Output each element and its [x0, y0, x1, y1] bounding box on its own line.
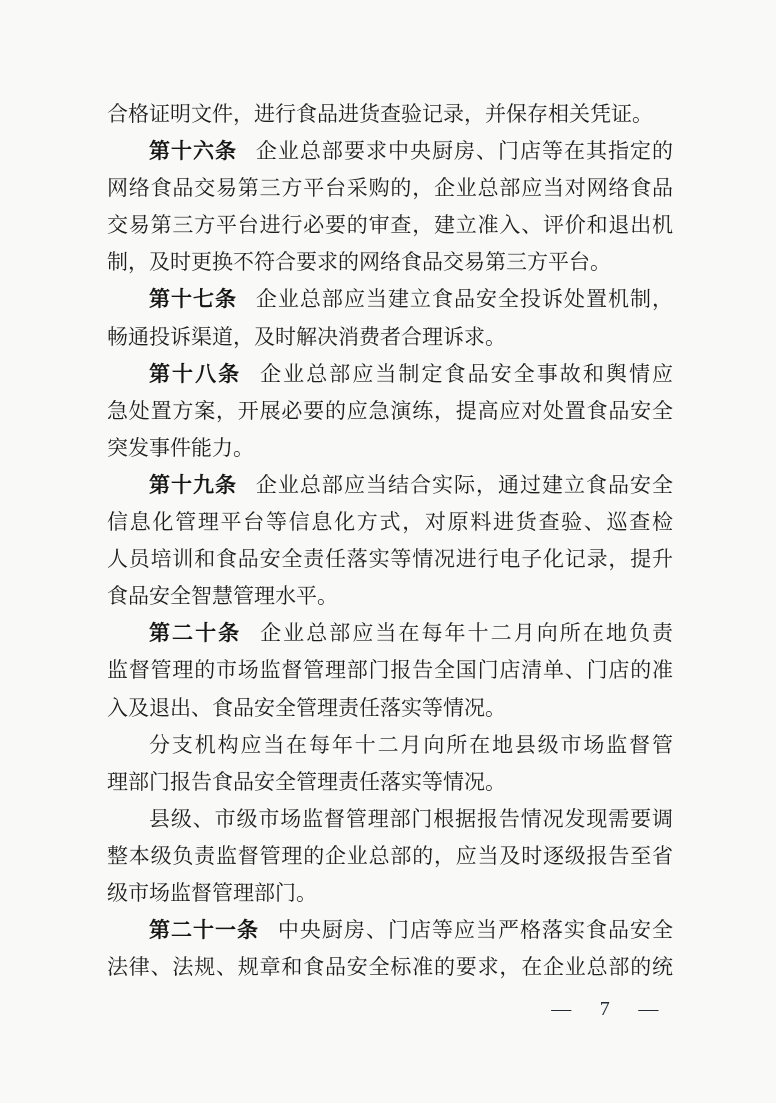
text-line: 突发事件能力。: [107, 430, 673, 467]
article-number: 第二十一条: [149, 918, 259, 942]
article-number: 第十九条: [149, 473, 237, 497]
text-line: 食品安全智慧管理水平。: [107, 578, 673, 615]
line-text: 县级、市级市场监督管理部门根据报告情况发现需要调: [149, 807, 673, 831]
line-text: 信息化管理平台等信息化方式，对原料进货查验、巡查检查、: [107, 510, 673, 541]
line-text: 企业总部应当建立食品安全投诉处置机制，: [256, 287, 673, 311]
line-text: 合格证明文件，进行食品进货查验记录，并保存相关凭证。: [107, 102, 653, 126]
line-text: 网络食品交易第三方平台采购的，企业总部应当对网络食品: [107, 176, 673, 200]
line-text: 级市场监督管理部门。: [107, 881, 317, 905]
document-body: 合格证明文件，进行食品进货查验记录，并保存相关凭证。 第十六条企业总部要求中央厨…: [107, 96, 673, 986]
text-line: 制，及时更换不符合要求的网络食品交易第三方平台。: [107, 244, 673, 281]
text-line: 人员培训和食品安全责任落实等情况进行电子化记录，提升: [107, 541, 673, 578]
text-line: 第十九条企业总部应当结合实际，通过建立食品安全: [107, 467, 673, 504]
line-text: 企业总部应当结合实际，通过建立食品安全: [256, 473, 673, 497]
text-line: 合格证明文件，进行食品进货查验记录，并保存相关凭证。: [107, 96, 673, 133]
text-line: 第二十条企业总部应当在每年十二月向所在地负责: [107, 615, 673, 652]
text-line: 法律、法规、规章和食品安全标准的要求，在企业总部的统: [107, 949, 673, 986]
text-line: 理部门报告食品安全管理责任落实等情况。: [107, 764, 673, 801]
line-text: 法律、法规、规章和食品安全标准的要求，在企业总部的统: [107, 955, 673, 979]
article-number: 第二十条: [149, 621, 241, 645]
line-text: 人员培训和食品安全责任落实等情况进行电子化记录，提升: [107, 547, 673, 571]
article-number: 第十七条: [149, 287, 237, 311]
line-text: 分支机构应当在每年十二月向所在地县级市场监督管: [149, 733, 673, 757]
text-line: 整本级负责监督管理的企业总部的，应当及时逐级报告至省: [107, 838, 673, 875]
line-text: 入及退出、食品安全管理责任落实等情况。: [107, 696, 506, 720]
line-text: 整本级负责监督管理的企业总部的，应当及时逐级报告至省: [107, 844, 673, 868]
text-line: 交易第三方平台进行必要的审查，建立准入、评价和退出机: [107, 207, 673, 244]
text-line: 第二十一条中央厨房、门店等应当严格落实食品安全: [107, 912, 673, 949]
line-text: 理部门报告食品安全管理责任落实等情况。: [107, 770, 506, 794]
line-text: 突发事件能力。: [107, 436, 254, 460]
line-text: 急处置方案，开展必要的应急演练，提高应对处置食品安全: [107, 399, 673, 423]
text-line: 入及退出、食品安全管理责任落实等情况。: [107, 690, 673, 727]
text-line: 网络食品交易第三方平台采购的，企业总部应当对网络食品: [107, 170, 673, 207]
text-line: 急处置方案，开展必要的应急演练，提高应对处置食品安全: [107, 393, 673, 430]
line-text: 监督管理的市场监督管理部门报告全国门店清单、门店的准: [107, 658, 673, 682]
line-text: 企业总部要求中央厨房、门店等在其指定的: [256, 139, 673, 163]
line-text: 畅通投诉渠道，及时解决消费者合理诉求。: [107, 325, 506, 349]
line-text: 企业总部应当在每年十二月向所在地负责: [260, 621, 673, 645]
text-line: 第十七条企业总部应当建立食品安全投诉处置机制，: [107, 281, 673, 318]
text-line: 县级、市级市场监督管理部门根据报告情况发现需要调: [107, 801, 673, 838]
text-line: 第十八条企业总部应当制定食品安全事故和舆情应: [107, 356, 673, 393]
text-line: 第十六条企业总部要求中央厨房、门店等在其指定的: [107, 133, 673, 170]
text-line: 级市场监督管理部门。: [107, 875, 673, 912]
line-text: 企业总部应当制定食品安全事故和舆情应: [260, 362, 673, 386]
line-text: 制，及时更换不符合要求的网络食品交易第三方平台。: [107, 250, 611, 274]
text-line: 分支机构应当在每年十二月向所在地县级市场监督管: [107, 727, 673, 764]
text-line: 畅通投诉渠道，及时解决消费者合理诉求。: [107, 319, 673, 356]
article-number: 第十八条: [149, 362, 241, 386]
line-text: 中央厨房、门店等应当严格落实食品安全: [278, 918, 673, 942]
line-text: 交易第三方平台进行必要的审查，建立准入、评价和退出机: [107, 213, 673, 237]
text-line: 监督管理的市场监督管理部门报告全国门店清单、门店的准: [107, 652, 673, 689]
page-number: — 7 —: [551, 998, 666, 1021]
line-text: 食品安全智慧管理水平。: [107, 584, 338, 608]
text-line: 信息化管理平台等信息化方式，对原料进货查验、巡查检查、: [107, 504, 673, 541]
document-page: 合格证明文件，进行食品进货查验记录，并保存相关凭证。 第十六条企业总部要求中央厨…: [0, 0, 776, 1103]
article-number: 第十六条: [149, 139, 237, 163]
